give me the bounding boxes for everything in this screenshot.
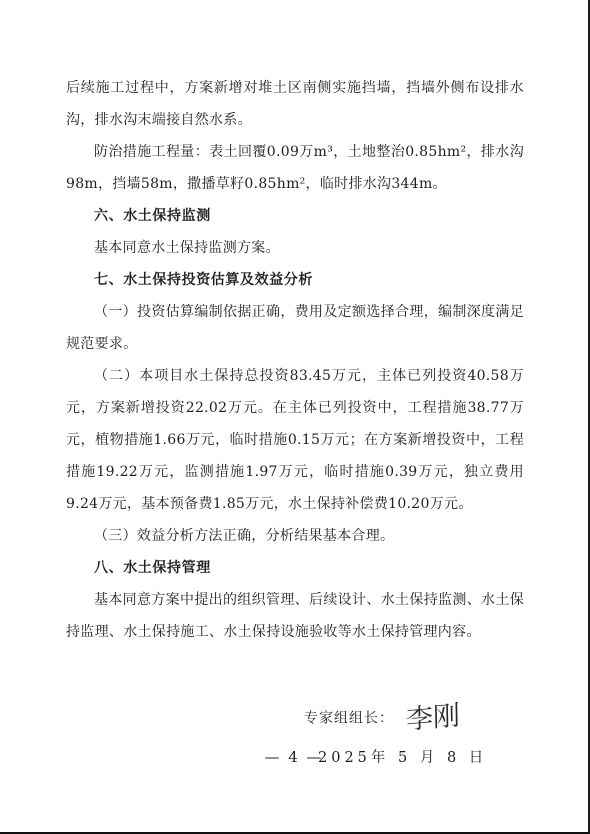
paragraph-measures-quantities: 防治措施工程量：表土回覆0.09万m³，土地整治0.85hm²，排水沟98m，挡… [66,136,524,200]
signature-label: 专家组组长： [304,711,394,727]
handwritten-signature: 李刚 [406,693,460,737]
document-body: 后续施工过程中，方案新增对堆土区南侧实施挡墙，挡墙外侧布设排水沟，排水沟末端接自… [66,72,524,767]
section-heading-8-management: 八、水土保持管理 [66,552,524,584]
paragraph-monitoring: 基本同意水土保持监测方案。 [66,232,524,264]
scanned-document-page: 后续施工过程中，方案新增对堆土区南侧实施挡墙，挡墙外侧布设排水沟，排水沟末端接自… [0,0,590,834]
section-heading-7-investment: 七、水土保持投资估算及效益分析 [66,264,524,296]
section-heading-6-monitoring: 六、水土保持监测 [66,200,524,232]
paragraph-benefit-analysis: （三）效益分析方法正确，分析结果基本合理。 [66,520,524,552]
page-number: — 4 — [0,748,588,766]
paragraph-continuation: 后续施工过程中，方案新增对堆土区南侧实施挡墙，挡墙外侧布设排水沟，排水沟末端接自… [66,72,524,136]
signature-block: 专家组组长：李刚 [304,698,524,742]
paragraph-management: 基本同意方案中提出的组织管理、后续设计、水土保持监测、水土保持监理、水土保持施工… [66,584,524,648]
paragraph-investment-basis: （一）投资估算编制依据正确，费用及定额选择合理，编制深度满足规范要求。 [66,296,524,360]
paragraph-investment-figures: （二）本项目水土保持总投资83.45万元，主体已列投资40.58万元，方案新增投… [66,360,524,520]
